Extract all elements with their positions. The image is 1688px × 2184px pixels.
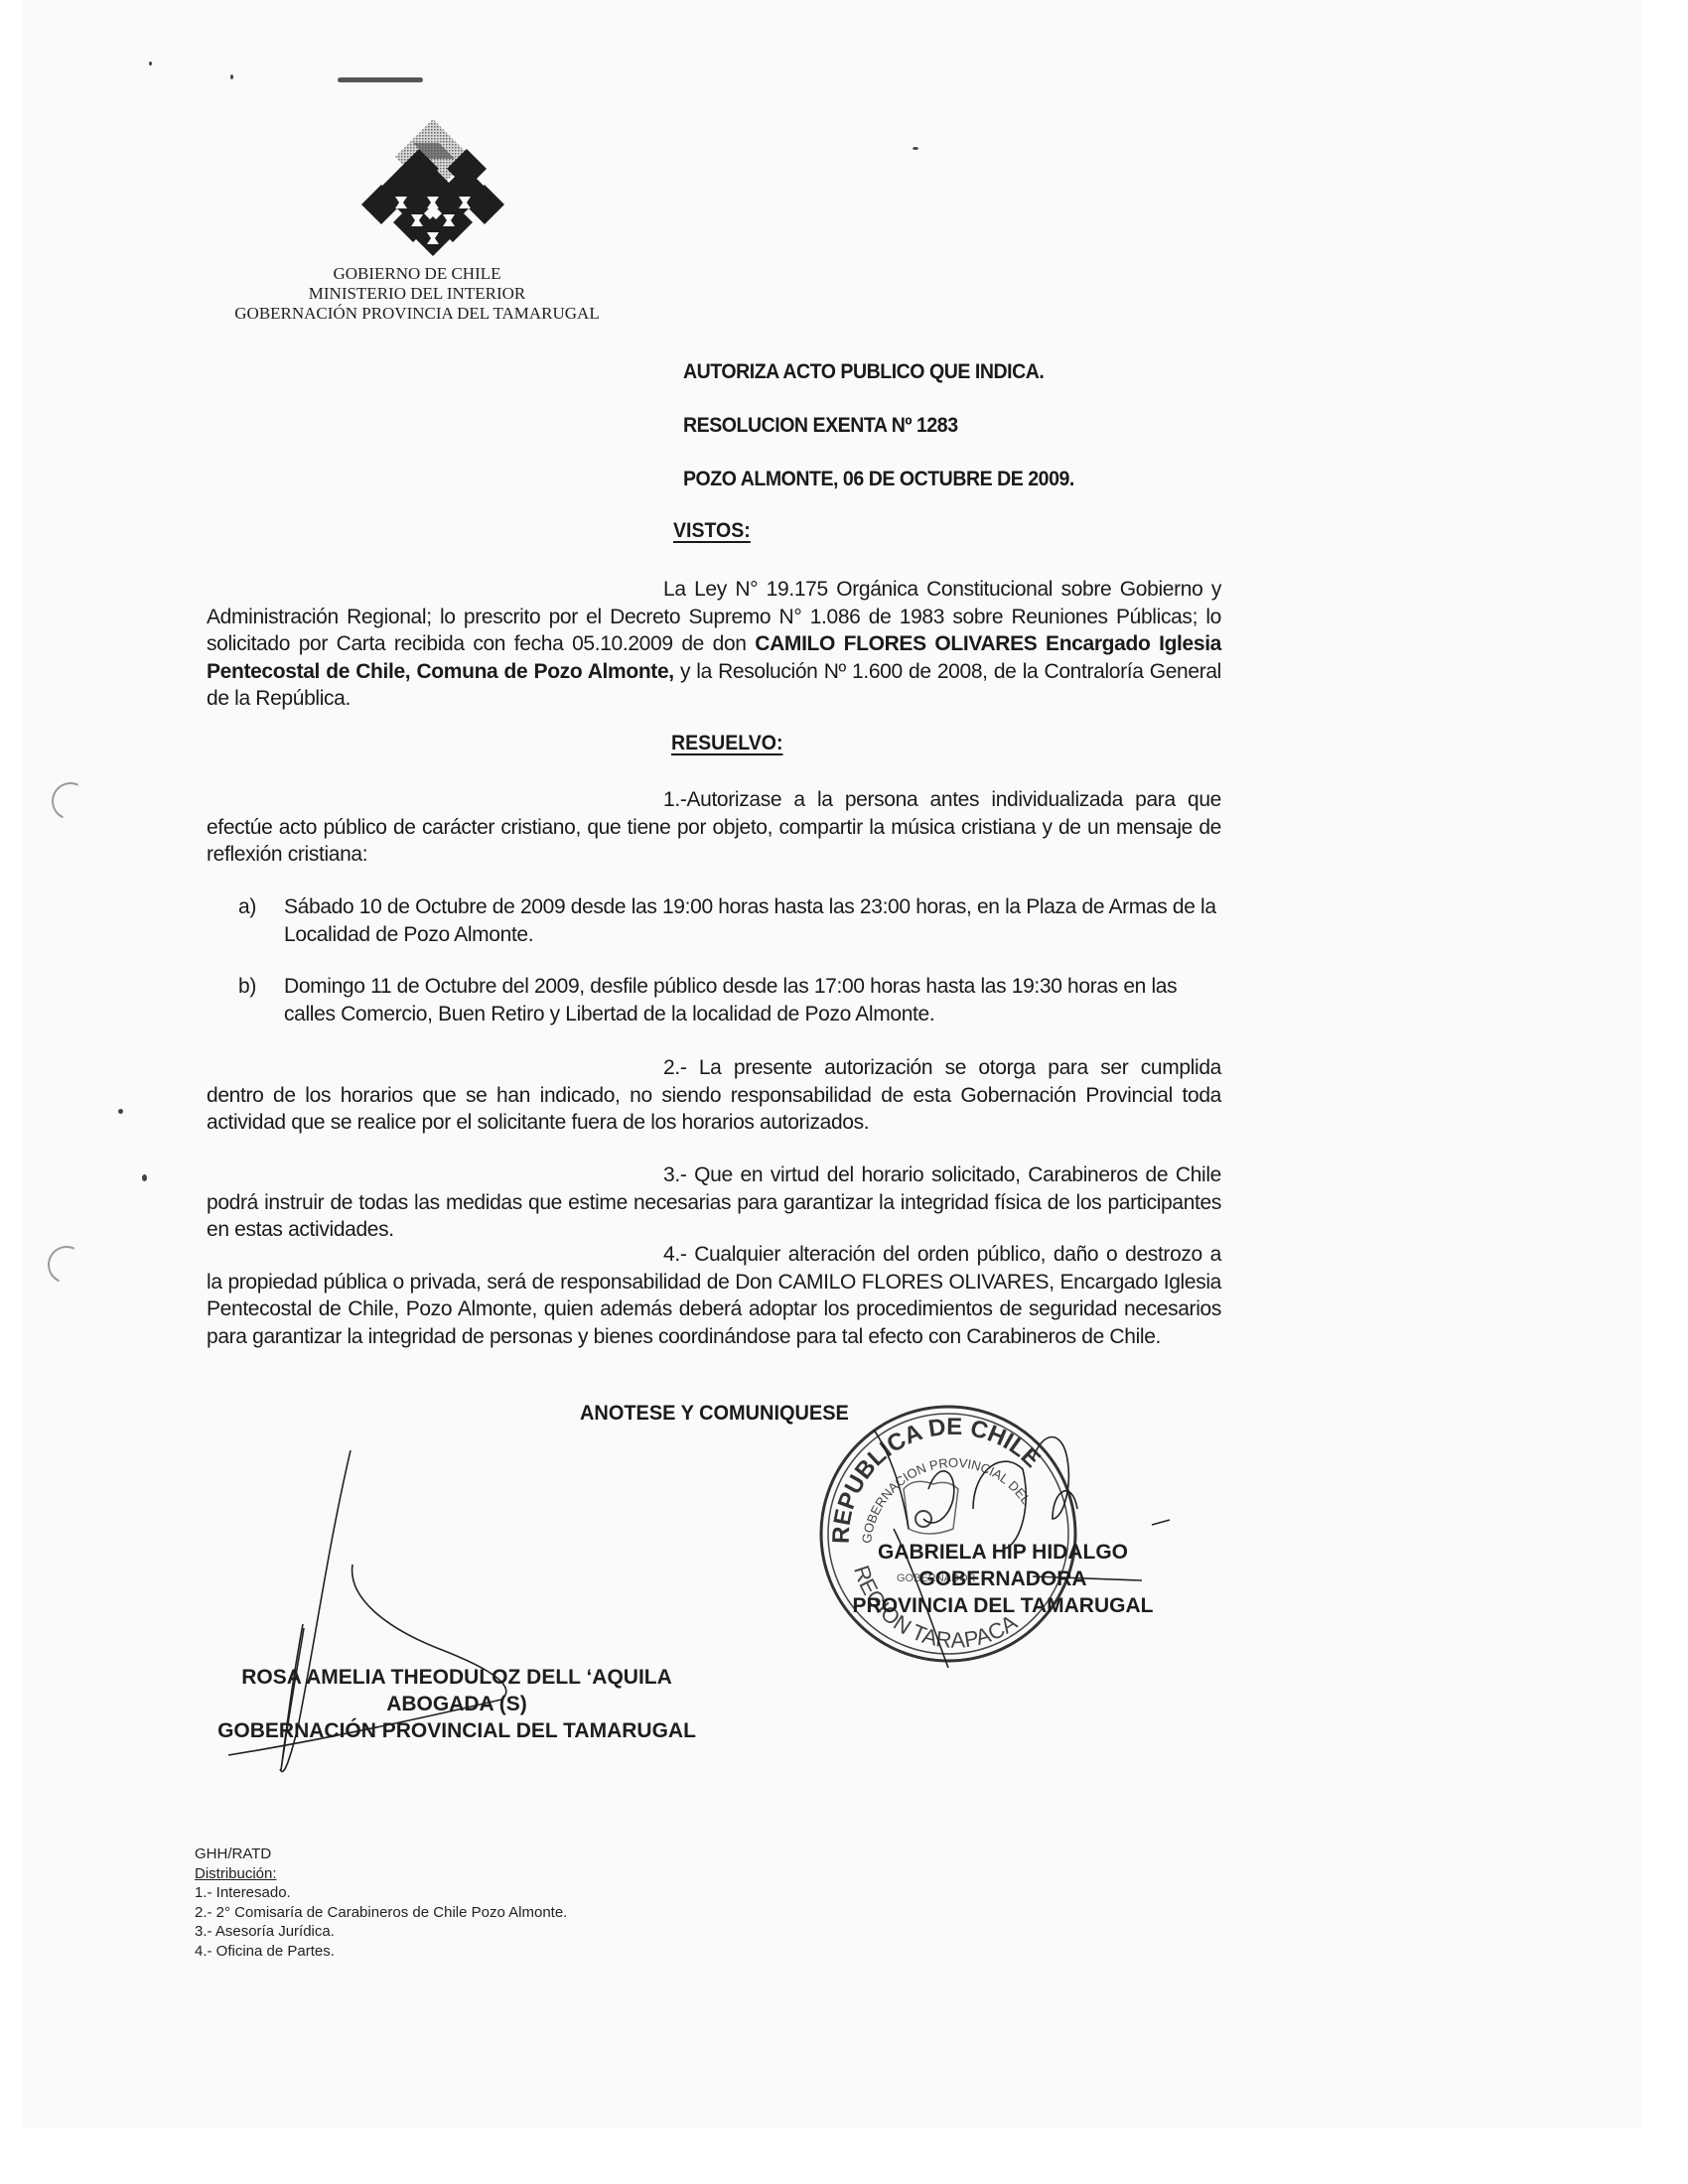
letterhead-government: GOBIERNO DE CHILE: [179, 264, 655, 284]
schedule-item-a: a) Sábado 10 de Octubre de 2009 desde la…: [238, 893, 1221, 948]
signatory-lawyer: ROSA AMELIA THEODULOZ DELL ‘AQUILA ABOGA…: [179, 1664, 735, 1744]
resolution-item-4: 4.- Cualquier alteración del orden públi…: [207, 1241, 1221, 1350]
vistos-heading: VISTOS:: [673, 519, 751, 543]
resolution-item-2: 2.- La presente autorización se otorga p…: [207, 1054, 1221, 1137]
schedule-item-b: b) Domingo 11 de Octubre del 2009, desfi…: [238, 973, 1221, 1027]
resolution-item-1: 1.-Autorizase a la persona antes individ…: [207, 786, 1221, 869]
scan-speck: [118, 1109, 123, 1114]
letterhead: GOBIERNO DE CHILE MINISTERIO DEL INTERIO…: [179, 264, 655, 324]
distribution-item: 2.- 2° Comisaría de Carabineros de Chile…: [195, 1903, 567, 1923]
letterhead-ministry: MINISTERIO DEL INTERIOR: [179, 284, 655, 304]
staple-mark: [338, 77, 423, 82]
letterhead-office: GOBERNACIÓN PROVINCIA DEL TAMARUGAL: [179, 304, 655, 324]
distribution-footer: GHH/RATD Distribución: 1.- Interesado. 2…: [195, 1844, 567, 1961]
scan-speck: [230, 74, 233, 79]
lawyer-name: ROSA AMELIA THEODULOZ DELL ‘AQUILA: [179, 1664, 735, 1691]
lawyer-role: ABOGADA (S): [179, 1691, 735, 1717]
governor-role: GOBERNADORA: [814, 1566, 1192, 1592]
scan-speck: [142, 1174, 147, 1181]
signatory-governor: GABRIELA HIP HIDALGO GOBERNADORA PROVINC…: [814, 1539, 1192, 1619]
distribution-item: 3.- Asesoría Jurídica.: [195, 1922, 567, 1942]
schedule-text: Domingo 11 de Octubre del 2009, desfile …: [284, 973, 1221, 1027]
scan-speck: [149, 62, 152, 66]
vistos-paragraph: La Ley N° 19.175 Orgánica Constitucional…: [207, 576, 1221, 713]
list-marker: a): [238, 893, 256, 921]
lawyer-office: GOBERNACIÓN PROVINCIAL DEL TAMARUGAL: [179, 1717, 735, 1744]
governor-name: GABRIELA HIP HIDALGO: [814, 1539, 1192, 1566]
document-subject: AUTORIZA ACTO PUBLICO QUE INDICA.: [683, 360, 1044, 384]
governor-office: PROVINCIA DEL TAMARUGAL: [814, 1592, 1192, 1619]
scan-speck: [913, 147, 918, 150]
place-and-date: POZO ALMONTE, 06 DE OCTUBRE DE 2009.: [683, 468, 1074, 491]
resolution-number: RESOLUCION EXENTA Nº 1283: [683, 414, 958, 438]
government-logo-icon: [359, 117, 506, 258]
distribution-item: 1.- Interesado.: [195, 1883, 567, 1903]
resuelvo-heading: RESUELVO:: [671, 732, 783, 755]
resolution-item-3: 3.- Que en virtud del horario solicitado…: [207, 1161, 1221, 1244]
author-initials: GHH/RATD: [195, 1844, 567, 1864]
official-stamp-icon: REPUBLICA DE CHILE GOBERNACION PROVINCIA…: [809, 1395, 1092, 1678]
list-marker: b): [238, 973, 256, 1001]
distribution-item: 4.- Oficina de Partes.: [195, 1942, 567, 1962]
schedule-text: Sábado 10 de Octubre de 2009 desde las 1…: [284, 893, 1221, 948]
distribution-heading: Distribución:: [195, 1864, 567, 1884]
